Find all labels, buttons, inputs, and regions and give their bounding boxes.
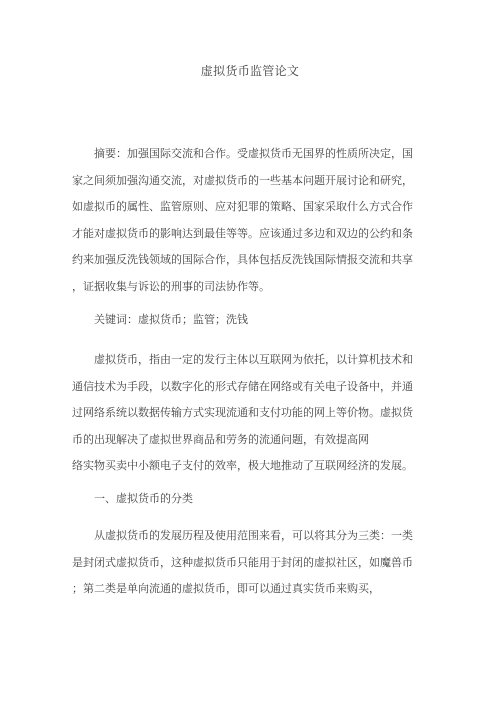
text-line: ；第二类是单向流通的虚拟货币，即可以通过真实货币来购买， [72,576,413,603]
document-page: 虚拟货币监管论文 摘要：加强国际交流和合作。受虚拟货币无国界的性质所决定，国家之… [0,0,500,708]
text-line: ，证据收集与诉讼的刑事的司法协作等。 [72,274,413,301]
text-line: 关键词：虚拟货币；监管；洗钱 [72,307,413,334]
document-title: 虚拟货币监管论文 [0,58,500,85]
text-line: 通信技术为手段，以数字化的形式存储在网络或有关电子设备中，并通 [72,374,413,401]
text-line: 家之间须加强沟通交流，对虚拟货币的一些基本问题开展讨论和研究， [72,168,413,195]
text-line: 虚拟货币监管论文 [0,58,500,85]
text-line: 虚拟货币，指由一定的发行主体以互联网为依托，以计算机技术和 [72,347,413,374]
abstract-paragraph: 摘要：加强国际交流和合作。受虚拟货币无国界的性质所决定，国家之间须加强沟通交流，… [72,141,413,300]
text-line: 约来加强反洗钱领域的国际合作，具体包括反洗钱国际情报交流和共享 [72,247,413,274]
text-line: 才能对虚拟货币的影响达到最佳等等。应该通过多边和双边的公约和条 [72,221,413,248]
text-line: 络实物买卖中小额电子支付的效率，极大地推动了互联网经济的发展。 [72,453,413,480]
text-line: 过网络系统以数据传输方式实现流通和支付功能的网上等价物。虚拟货 [72,400,413,427]
text-line: 摘要：加强国际交流和合作。受虚拟货币无国界的性质所决定，国 [72,141,413,168]
keywords-line: 关键词：虚拟货币；监管；洗钱 [72,307,413,334]
text-line: 币的出现解决了虚拟世界商品和劳务的流通问题，有效提高网 [72,427,413,454]
text-line: 从虚拟货币的发展历程及使用范围来看，可以将其分为三类：一类 [72,523,413,550]
text-line: 如虚拟币的属性、监管原则、应对犯罪的策略、国家采取什么方式合作 [72,194,413,221]
text-line: 一、虚拟货币的分类 [72,486,413,513]
intro-paragraph: 虚拟货币，指由一定的发行主体以互联网为依托，以计算机技术和通信技术为手段，以数字… [72,347,413,480]
section-heading: 一、虚拟货币的分类 [72,486,413,513]
text-line: 是封闭式虚拟货币，这种虚拟货币只能用于封闭的虚拟社区，如魔兽币 [72,550,413,577]
classification-paragraph: 从虚拟货币的发展历程及使用范围来看，可以将其分为三类：一类是封闭式虚拟货币，这种… [72,523,413,603]
